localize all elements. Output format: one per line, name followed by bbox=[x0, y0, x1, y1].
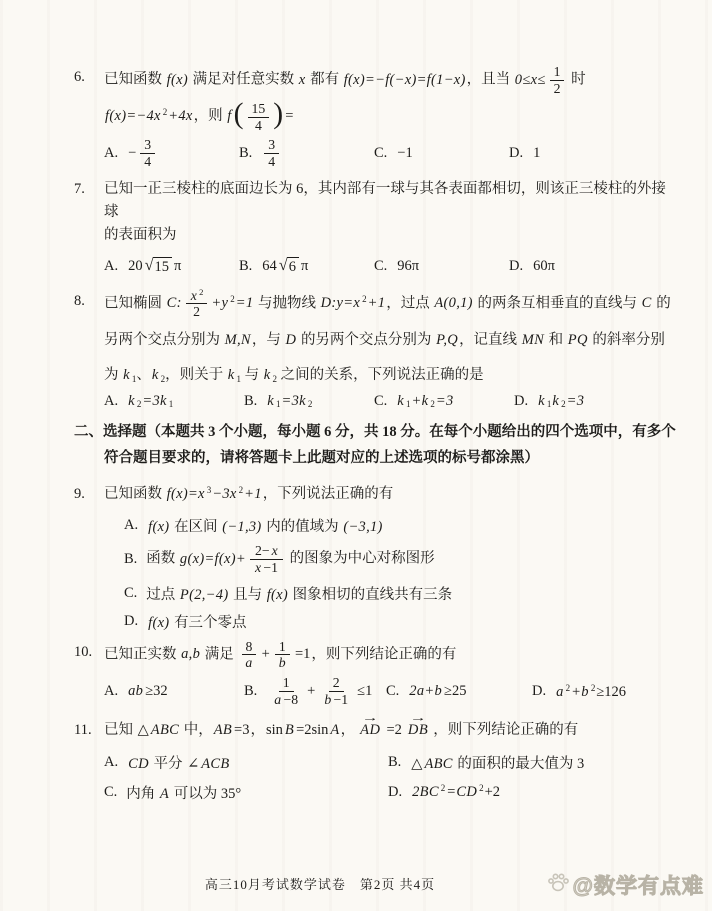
question-line: 8. 已知椭圆 C:x22+y2=1 与抛物线 D:y=x2+1，过点 A(0,… bbox=[74, 288, 678, 321]
math-italic: =1 bbox=[235, 295, 255, 311]
option-c: C. 内角 A 可以为 35° bbox=[104, 782, 388, 803]
math-upright: −1 bbox=[262, 560, 279, 575]
option-a: A. f(x) 在区间 (−1,3) 内的值域为 (−3,1) bbox=[124, 515, 678, 536]
math-italic: k bbox=[227, 367, 236, 383]
question-text: 为 k1、k2，则关于 k1 与 k2 之间的关系，下列说法正确的是 bbox=[104, 367, 484, 383]
option-b: B. △ABC 的面积的最大值为 3 bbox=[388, 752, 678, 773]
question-6: 6. 已知函数 f(x) 满足对任意实数 x 都有 f(x)=−f(−x)=f(… bbox=[74, 64, 678, 170]
option-d: D. k1k2=3 bbox=[514, 393, 678, 410]
option-body: k1+k2=3 bbox=[396, 393, 454, 410]
math-upright: sin bbox=[265, 722, 284, 738]
math-italic: C bbox=[641, 295, 653, 311]
option-label: A. bbox=[104, 683, 118, 700]
question-7: 7. 已知一正三棱柱的底面边长为 6，其内部有一球与其各表面都相切，则该正三棱柱… bbox=[74, 178, 678, 276]
math-italic: A bbox=[159, 786, 170, 802]
option-label: D. bbox=[509, 145, 523, 162]
exam-content: 6. 已知函数 f(x) 满足对任意实数 x 都有 f(x)=−f(−x)=f(… bbox=[0, 0, 712, 803]
subscript: 1 bbox=[169, 399, 174, 409]
option-body: 34 bbox=[261, 137, 282, 170]
question-number: 11. bbox=[74, 717, 104, 744]
question-line: 11. 已知 △ABC 中，AB=3，sinB=2sinA，→AD=2→DB，则… bbox=[74, 717, 678, 744]
option-body: 函数 g(x)=f(x)+2−xx−1 的图象为中心对称图形 bbox=[146, 543, 434, 576]
math-italic: CD bbox=[127, 756, 150, 772]
option-body: 20√15π bbox=[127, 257, 182, 276]
option-b: B. 64√6π bbox=[239, 257, 374, 276]
math-upright: −1 bbox=[333, 692, 350, 707]
question-text: 已知一正三棱柱的底面边长为 6，其内部有一球与其各表面都相切，则该正三棱柱的外接… bbox=[104, 178, 678, 224]
math-italic: =3k bbox=[281, 393, 307, 409]
math-italic: A bbox=[329, 722, 340, 738]
watermark: @数学有点难 bbox=[545, 869, 704, 901]
options-grid: A. CD 平分 ∠ACB B. △ABC 的面积的最大值为 3 C. 内角 A… bbox=[104, 752, 678, 803]
math-upright: ≥25 bbox=[443, 683, 467, 699]
question-formula: f(x)=−4x2+4x，则 f(154)= bbox=[104, 108, 294, 124]
option-b: B. 1a−8+2b−1≤1 bbox=[244, 675, 386, 708]
math-italic: −3x bbox=[211, 486, 237, 502]
math-italic: k bbox=[266, 393, 275, 409]
math-italic: (−1,3) bbox=[221, 519, 262, 535]
math-italic: PQ bbox=[567, 332, 589, 348]
vector: →DB bbox=[406, 717, 430, 744]
math-italic: +k bbox=[411, 393, 430, 409]
math-italic: +y bbox=[210, 295, 229, 311]
math-italic: P,Q bbox=[435, 332, 459, 348]
math-upright: △ bbox=[137, 722, 150, 738]
question-line: 另两个交点分别为 M,N，与 D 的另两个交点分别为 P,Q，记直线 MN 和 … bbox=[104, 327, 678, 353]
option-label: A. bbox=[104, 145, 118, 162]
question-text: 已知椭圆 C:x22+y2=1 与抛物线 D:y=x2+1，过点 A(0,1) … bbox=[104, 288, 671, 321]
option-label: C. bbox=[124, 585, 137, 602]
option-b: B. 函数 g(x)=f(x)+2−xx−1 的图象为中心对称图形 bbox=[124, 543, 678, 576]
question-line: f(x)=−4x2+4x，则 f(154)= bbox=[104, 101, 678, 134]
option-body: k1=3k2 bbox=[266, 393, 312, 410]
math-upright: + bbox=[261, 646, 271, 662]
option-d: D. 1 bbox=[509, 145, 678, 162]
option-label: B. bbox=[124, 551, 137, 568]
math-upright: ≤1 bbox=[356, 683, 373, 699]
option-d: D. 60π bbox=[509, 258, 678, 275]
question-line: 为 k1、k2，则关于 k1 与 k2 之间的关系，下列说法正确的是 bbox=[104, 362, 678, 388]
math-upright: 2− bbox=[254, 543, 271, 558]
math-upright: ≥126 bbox=[595, 684, 627, 700]
option-b: B. 34 bbox=[239, 137, 374, 170]
math-upright: −1 bbox=[396, 145, 413, 161]
option-a: A. −34 bbox=[104, 137, 239, 170]
option-c: C. 96π bbox=[374, 258, 509, 275]
math-italic: 2BC bbox=[411, 784, 440, 800]
math-italic: b bbox=[278, 655, 287, 670]
superscript: 2 bbox=[479, 783, 484, 793]
option-label: C. bbox=[386, 683, 399, 700]
option-label: A. bbox=[104, 393, 118, 410]
question-number: 10. bbox=[74, 639, 104, 666]
option-label: D. bbox=[532, 683, 546, 700]
option-label: A. bbox=[104, 754, 118, 771]
option-body: 60π bbox=[532, 258, 556, 275]
math-italic: ab bbox=[127, 683, 144, 699]
math-italic: f(x)=x bbox=[166, 486, 206, 502]
option-c: C. k1+k2=3 bbox=[374, 393, 514, 410]
math-italic: f(x)=−4x bbox=[104, 108, 162, 124]
math-italic: C: bbox=[166, 295, 183, 311]
math-upright: 64 bbox=[261, 258, 278, 274]
question-line: 7. 已知一正三棱柱的底面边长为 6，其内部有一球与其各表面都相切，则该正三棱柱… bbox=[74, 178, 678, 224]
option-d: D. f(x) 有三个零点 bbox=[124, 611, 678, 632]
fraction: 12 bbox=[550, 64, 565, 97]
math-italic: AB bbox=[213, 722, 233, 738]
superscript: 2 bbox=[199, 287, 203, 297]
option-label: A. bbox=[104, 258, 118, 275]
option-body: 2a+b≥25 bbox=[408, 683, 467, 700]
option-body: CD 平分 ∠ACB bbox=[127, 752, 230, 773]
math-italic: b bbox=[323, 692, 332, 707]
math-italic: =3k bbox=[141, 393, 167, 409]
big-paren: ( bbox=[233, 98, 245, 130]
math-italic: g(x)=f(x)+ bbox=[179, 551, 247, 567]
option-label: A. bbox=[124, 517, 138, 534]
option-label: B. bbox=[239, 258, 252, 275]
option-d: D. a2+b2≥126 bbox=[532, 683, 678, 701]
option-d: D. 2BC2=CD2+2 bbox=[388, 783, 678, 801]
exam-page: 6. 已知函数 f(x) 满足对任意实数 x 都有 f(x)=−f(−x)=f(… bbox=[0, 0, 712, 911]
paw-icon bbox=[545, 869, 571, 901]
math-italic: 0≤x≤ bbox=[514, 72, 547, 88]
math-italic: f(x) bbox=[147, 615, 170, 631]
question-text: 另两个交点分别为 M,N，与 D 的另两个交点分别为 P,Q，记直线 MN 和 … bbox=[104, 332, 665, 348]
math-italic: D bbox=[285, 332, 298, 348]
option-label: C. bbox=[374, 145, 387, 162]
option-a: A. ab≥32 bbox=[104, 683, 244, 700]
fraction: 2b−1 bbox=[319, 675, 353, 708]
math-italic: a,b bbox=[180, 646, 201, 662]
question-line: 6. 已知函数 f(x) 满足对任意实数 x 都有 f(x)=−f(−x)=f(… bbox=[74, 64, 678, 97]
option-body: 内角 A 可以为 35° bbox=[126, 782, 241, 803]
option-label: B. bbox=[388, 754, 401, 771]
math-italic: M,N bbox=[224, 332, 252, 348]
options-row: A. ab≥32 B. 1a−8+2b−1≤1 C. 2a+b≥25 D. a2… bbox=[104, 675, 678, 708]
fraction: 2−xx−1 bbox=[250, 543, 283, 576]
option-body: 2BC2=CD2+2 bbox=[411, 783, 501, 801]
math-italic: =3 bbox=[435, 393, 455, 409]
math-upright: 1 bbox=[532, 145, 541, 161]
math-italic: (−3,1) bbox=[342, 519, 383, 535]
option-label: D. bbox=[509, 258, 523, 275]
math-italic: k bbox=[551, 393, 560, 409]
question-line: 9. 已知函数 f(x)=x3−3x2+1，下列说法正确的有 bbox=[74, 481, 678, 508]
section-line: 符合题目要求的，请将答题卡上此题对应的上述选项的标号都涂黑） bbox=[104, 445, 678, 472]
options-row: A. k2=3k1 B. k1=3k2 C. k1+k2=3 D. k1k2=3 bbox=[104, 393, 678, 410]
superscript: 2 bbox=[362, 294, 367, 304]
math-italic: +1 bbox=[243, 486, 263, 502]
option-c: C. 2a+b≥25 bbox=[386, 683, 532, 700]
math-upright: ∠ bbox=[186, 756, 200, 772]
question-8: 8. 已知椭圆 C:x22+y2=1 与抛物线 D:y=x2+1，过点 A(0,… bbox=[74, 288, 678, 410]
question-line: 的表面积为 bbox=[104, 224, 678, 247]
math-upright: π bbox=[173, 258, 182, 274]
math-italic: x bbox=[271, 543, 279, 558]
footer-text: 高三10月考试数学试卷 第2页 共4页 bbox=[205, 877, 435, 892]
square-root: √15 bbox=[145, 257, 172, 276]
math-italic: f(x) bbox=[147, 519, 170, 535]
big-paren: ) bbox=[272, 98, 284, 130]
vector: →AD bbox=[358, 717, 382, 744]
option-body: k2=3k1 bbox=[127, 393, 173, 410]
math-italic: P(2,−4) bbox=[179, 587, 230, 603]
math-italic: x bbox=[190, 288, 198, 303]
question-11: 11. 已知 △ABC 中，AB=3，sinB=2sinA，→AD=2→DB，则… bbox=[74, 717, 678, 803]
math-italic: k bbox=[263, 367, 272, 383]
question-10: 10. 已知正实数 a,b 满足 8a+1b=1，则下列结论正确的有 A. ab… bbox=[74, 639, 678, 708]
math-upright: 96π bbox=[396, 258, 420, 274]
math-italic: B bbox=[284, 722, 295, 738]
fraction: 154 bbox=[248, 101, 270, 134]
option-body: f(x) 有三个零点 bbox=[147, 611, 246, 632]
math-italic: k bbox=[537, 393, 546, 409]
math-italic: k bbox=[122, 367, 131, 383]
option-body: 过点 P(2,−4) 且与 f(x) 图象相切的直线共有三条 bbox=[146, 583, 452, 604]
question-number: 6. bbox=[74, 64, 104, 91]
subscript: 1 bbox=[276, 399, 281, 409]
option-body: 1a−8+2b−1≤1 bbox=[266, 675, 373, 708]
question-number: 9. bbox=[74, 481, 104, 508]
math-upright: =2sin bbox=[295, 722, 329, 738]
option-b: B. k1=3k2 bbox=[244, 393, 374, 410]
option-body: 1 bbox=[532, 145, 541, 162]
math-upright: △ bbox=[410, 756, 423, 772]
math-upright: =1 bbox=[294, 646, 311, 662]
math-upright: 60π bbox=[532, 258, 556, 274]
option-body: 64√6π bbox=[261, 257, 309, 276]
math-italic: f bbox=[226, 108, 232, 124]
question-text: 已知函数 f(x) 满足对任意实数 x 都有 f(x)=−f(−x)=f(1−x… bbox=[104, 64, 586, 97]
math-italic: D:y=x bbox=[320, 295, 361, 311]
math-italic: a bbox=[244, 655, 253, 670]
option-label: C. bbox=[374, 258, 387, 275]
math-italic: MN bbox=[521, 332, 545, 348]
option-label: B. bbox=[239, 145, 252, 162]
option-body: ab≥32 bbox=[127, 683, 169, 700]
math-italic: k bbox=[151, 367, 160, 383]
fraction: x22 bbox=[186, 288, 208, 321]
option-body: f(x) 在区间 (−1,3) 内的值域为 (−3,1) bbox=[147, 515, 384, 536]
math-italic: 2a+b bbox=[408, 683, 443, 699]
question-text: 已知正实数 a,b 满足 8a+1b=1，则下列结论正确的有 bbox=[104, 639, 456, 672]
section-heading: 二、选择题（本题共 3 个小题，每小题 6 分，共 18 分。在每个小题给出的四… bbox=[74, 419, 678, 473]
option-a: A. 20√15π bbox=[104, 257, 239, 276]
fraction: 34 bbox=[140, 137, 155, 170]
math-italic: f(x) bbox=[266, 587, 289, 603]
option-a: A. k2=3k1 bbox=[104, 393, 244, 410]
option-label: C. bbox=[104, 784, 117, 801]
subscript: 1 bbox=[406, 399, 411, 409]
option-body: k1k2=3 bbox=[537, 393, 585, 410]
math-italic: =CD bbox=[445, 784, 478, 800]
options-row: A. 20√15π B. 64√6π C. 96π D. 60π bbox=[104, 257, 678, 276]
question-9: 9. 已知函数 f(x)=x3−3x2+1，下列说法正确的有 A. f(x) 在… bbox=[74, 481, 678, 632]
math-italic: +1 bbox=[367, 295, 387, 311]
option-body: −34 bbox=[127, 137, 158, 170]
option-label: D. bbox=[124, 613, 138, 630]
fraction: 34 bbox=[264, 137, 279, 170]
math-upright: −8 bbox=[282, 692, 299, 707]
options-row: A. −34 B. 34 C. −1 D. 1 bbox=[104, 137, 678, 170]
section-line: 二、选择题（本题共 3 个小题，每小题 6 分，共 18 分。在每个小题给出的四… bbox=[74, 419, 678, 446]
question-number: 7. bbox=[74, 178, 104, 201]
math-upright: ≥32 bbox=[144, 683, 168, 699]
fraction: 8a bbox=[240, 639, 257, 672]
math-italic: k bbox=[127, 393, 136, 409]
math-italic: +4x bbox=[167, 108, 193, 124]
option-label: B. bbox=[244, 393, 257, 410]
math-italic: A(0,1) bbox=[433, 295, 473, 311]
subscript: 2 bbox=[561, 399, 566, 409]
math-upright: +2 bbox=[484, 784, 501, 800]
math-upright: − bbox=[127, 145, 137, 161]
math-italic: f(x) bbox=[166, 72, 189, 88]
fraction: 1a−8 bbox=[269, 675, 303, 708]
option-label: C. bbox=[374, 393, 387, 410]
math-upright: = bbox=[284, 108, 294, 124]
math-italic: +b bbox=[570, 684, 590, 700]
watermark-text: @数学有点难 bbox=[573, 870, 704, 900]
option-body: −1 bbox=[396, 145, 413, 162]
question-text: 已知 △ABC 中，AB=3，sinB=2sinA，→AD=2→DB，则下列结论… bbox=[104, 717, 578, 744]
math-upright: 20 bbox=[127, 258, 144, 274]
option-body: a2+b2≥126 bbox=[555, 683, 627, 701]
option-body: 96π bbox=[396, 258, 420, 275]
subscript: 2 bbox=[308, 399, 313, 409]
math-upright: =3 bbox=[233, 722, 250, 738]
math-italic: a bbox=[555, 684, 565, 700]
option-a: A. CD 平分 ∠ACB bbox=[104, 752, 388, 773]
math-italic: =3 bbox=[566, 393, 586, 409]
question-number: 8. bbox=[74, 288, 104, 315]
question-text: 的表面积为 bbox=[104, 227, 177, 243]
question-line: 10. 已知正实数 a,b 满足 8a+1b=1，则下列结论正确的有 bbox=[74, 639, 678, 672]
option-label: B. bbox=[244, 683, 257, 700]
math-italic: ACB bbox=[200, 756, 230, 772]
option-c: C. 过点 P(2,−4) 且与 f(x) 图象相切的直线共有三条 bbox=[124, 583, 678, 604]
option-body: △ABC 的面积的最大值为 3 bbox=[410, 752, 584, 773]
square-root: √6 bbox=[279, 257, 299, 276]
math-upright: π bbox=[300, 258, 309, 274]
fraction: 1b bbox=[274, 639, 291, 672]
question-text: 已知函数 f(x)=x3−3x2+1，下列说法正确的有 bbox=[104, 481, 393, 508]
option-label: D. bbox=[388, 784, 402, 801]
math-italic: f(x)=−f(−x)=f(1−x) bbox=[343, 72, 467, 88]
option-label: D. bbox=[514, 393, 528, 410]
math-italic: ABC bbox=[150, 722, 180, 738]
option-c: C. −1 bbox=[374, 145, 509, 162]
math-upright: + bbox=[306, 683, 316, 699]
math-italic: ABC bbox=[423, 756, 453, 772]
math-italic: k bbox=[396, 393, 405, 409]
